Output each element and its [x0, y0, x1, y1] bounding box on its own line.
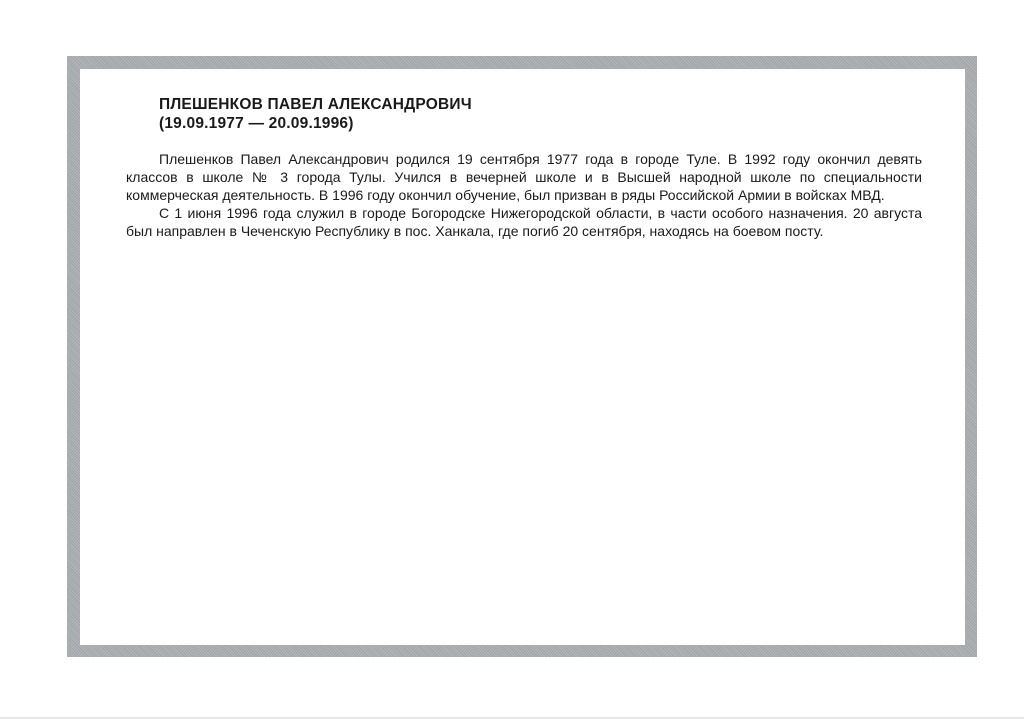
page-content-area: ПЛЕШЕНКОВ ПАВЕЛ АЛЕКСАНДРОВИЧ (19.09.197… — [80, 69, 965, 645]
scan-edge-line — [0, 717, 1024, 719]
biography-text: Плешенков Павел Александрович родился 19… — [126, 150, 922, 240]
page-border-frame: ПЛЕШЕНКОВ ПАВЕЛ АЛЕКСАНДРОВИЧ (19.09.197… — [67, 56, 977, 657]
life-dates-heading: (19.09.1977 — 20.09.1996) — [159, 114, 922, 133]
person-name-heading: ПЛЕШЕНКОВ ПАВЕЛ АЛЕКСАНДРОВИЧ — [159, 95, 922, 114]
biography-paragraph: Плешенков Павел Александрович родился 19… — [126, 150, 922, 204]
biography-paragraph: С 1 июня 1996 года служил в городе Богор… — [126, 204, 922, 240]
biography-section: ПЛЕШЕНКОВ ПАВЕЛ АЛЕКСАНДРОВИЧ (19.09.197… — [126, 95, 922, 240]
